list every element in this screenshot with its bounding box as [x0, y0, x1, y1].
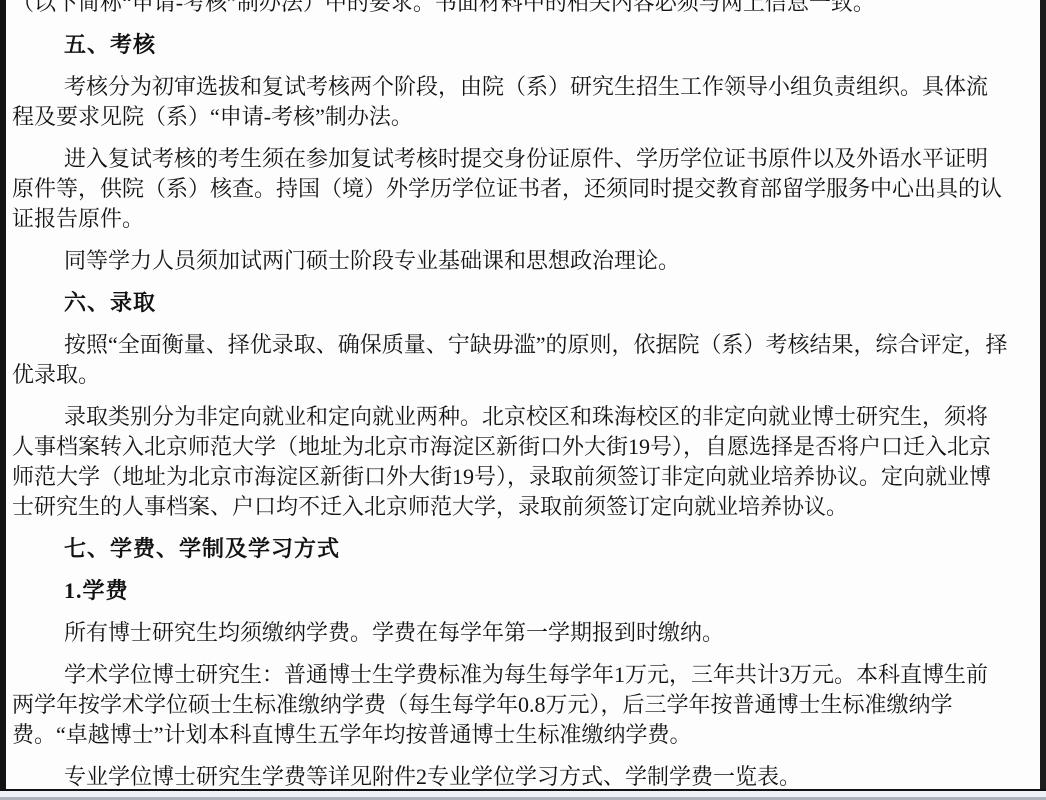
sub-heading: 1.学费	[12, 576, 1020, 606]
text-line: 费。“卓越博士”计划本科直博生五学年均按普通博士生标准缴纳学费。	[12, 720, 1020, 750]
text-line: （以下简称“申请-考核”制办法）中的要求。书面材料中的相关内容必须与网上信息一致…	[12, 0, 1020, 18]
section-heading: 七、学费、学制及学习方式	[12, 534, 1020, 564]
text-line: 专业学位博士研究生学费等详见附件2专业学位学习方式、学制学费一览表。	[12, 762, 1020, 789]
para-equivalent-qualification: 同等学力人员须加试两门硕士阶段专业基础课和思想政治理论。	[12, 246, 1020, 276]
text-line: 原件等，供院（系）核查。持国（境）外学历学位证书者，还须同时提交教育部留学服务中…	[12, 174, 1020, 204]
text-line: 程及要求见院（系）“申请-考核”制办法。	[12, 102, 1020, 132]
text-line: 人事档案转入北京师范大学（地址为北京市海淀区新街口外大街19号），自愿选择是否将…	[12, 432, 1020, 462]
heading-admission: 六、录取	[12, 288, 1020, 318]
text-line: 师范大学（地址为北京市海淀区新街口外大街19号），录取前须签订非定向就业培养协议…	[12, 462, 1020, 492]
text-line: 所有博士研究生均须缴纳学费。学费在每学年第一学期报到时缴纳。	[12, 618, 1020, 648]
text-line: 进入复试考核的考生须在参加复试考核时提交身份证原件、学历学位证书原件以及外语水平…	[12, 144, 1020, 174]
text-line: 两学年按学术学位硕士生标准缴纳学费（每生每学年0.8万元），后三学年按普通博士生…	[12, 690, 1020, 720]
section-heading: 六、录取	[12, 288, 1020, 318]
para-admission-principle: 按照“全面衡量、择优录取、确保质量、宁缺毋滥”的原则，依据院（系）考核结果，综合…	[12, 330, 1020, 390]
text-line: 证报告原件。	[12, 204, 1020, 234]
subheading-tuition-fee: 1.学费	[12, 576, 1020, 606]
para-assessment-stages: 考核分为初审选拔和复试考核两个阶段，由院（系）研究生招生工作领导小组负责组织。具…	[12, 72, 1020, 132]
document-text-column: （以下简称“申请-考核”制办法）中的要求。书面材料中的相关内容必须与网上信息一致…	[6, 0, 1040, 789]
text-line: 优录取。	[12, 360, 1020, 390]
text-line: 同等学力人员须加试两门硕士阶段专业基础课和思想政治理论。	[12, 246, 1020, 276]
section-heading: 五、考核	[12, 30, 1020, 60]
para-admission-categories: 录取类别分为非定向就业和定向就业两种。北京校区和珠海校区的非定向就业博士研究生，…	[12, 402, 1020, 522]
para-tuition-payment: 所有博士研究生均须缴纳学费。学费在每学年第一学期报到时缴纳。	[12, 618, 1020, 648]
text-line: 士研究生的人事档案、户口均不迁入北京师范大学，录取前须签订定向就业培养协议。	[12, 492, 1020, 522]
para-professional-degree-tuition: 专业学位博士研究生学费等详见附件2专业学位学习方式、学制学费一览表。	[12, 762, 1020, 789]
document-page: （以下简称“申请-考核”制办法）中的要求。书面材料中的相关内容必须与网上信息一致…	[0, 0, 1046, 789]
para-academic-degree-tuition: 学术学位博士研究生：普通博士生学费标准为每生每学年1万元，三年共计3万元。本科直…	[12, 660, 1020, 750]
text-line: 按照“全面衡量、择优录取、确保质量、宁缺毋滥”的原则，依据院（系）考核结果，综合…	[12, 330, 1020, 360]
heading-tuition-duration-study-mode: 七、学费、学制及学习方式	[12, 534, 1020, 564]
text-line: 录取类别分为非定向就业和定向就业两种。北京校区和珠海校区的非定向就业博士研究生，…	[12, 402, 1020, 432]
text-line: 学术学位博士研究生：普通博士生学费标准为每生每学年1万元，三年共计3万元。本科直…	[12, 660, 1020, 690]
text-line: 考核分为初审选拔和复试考核两个阶段，由院（系）研究生招生工作领导小组负责组织。具…	[12, 72, 1020, 102]
para-retest-documents: 进入复试考核的考生须在参加复试考核时提交身份证原件、学历学位证书原件以及外语水平…	[12, 144, 1020, 234]
heading-assessment: 五、考核	[12, 30, 1020, 60]
para-application-requirements-continuation: （以下简称“申请-考核”制办法）中的要求。书面材料中的相关内容必须与网上信息一致…	[12, 0, 1020, 18]
